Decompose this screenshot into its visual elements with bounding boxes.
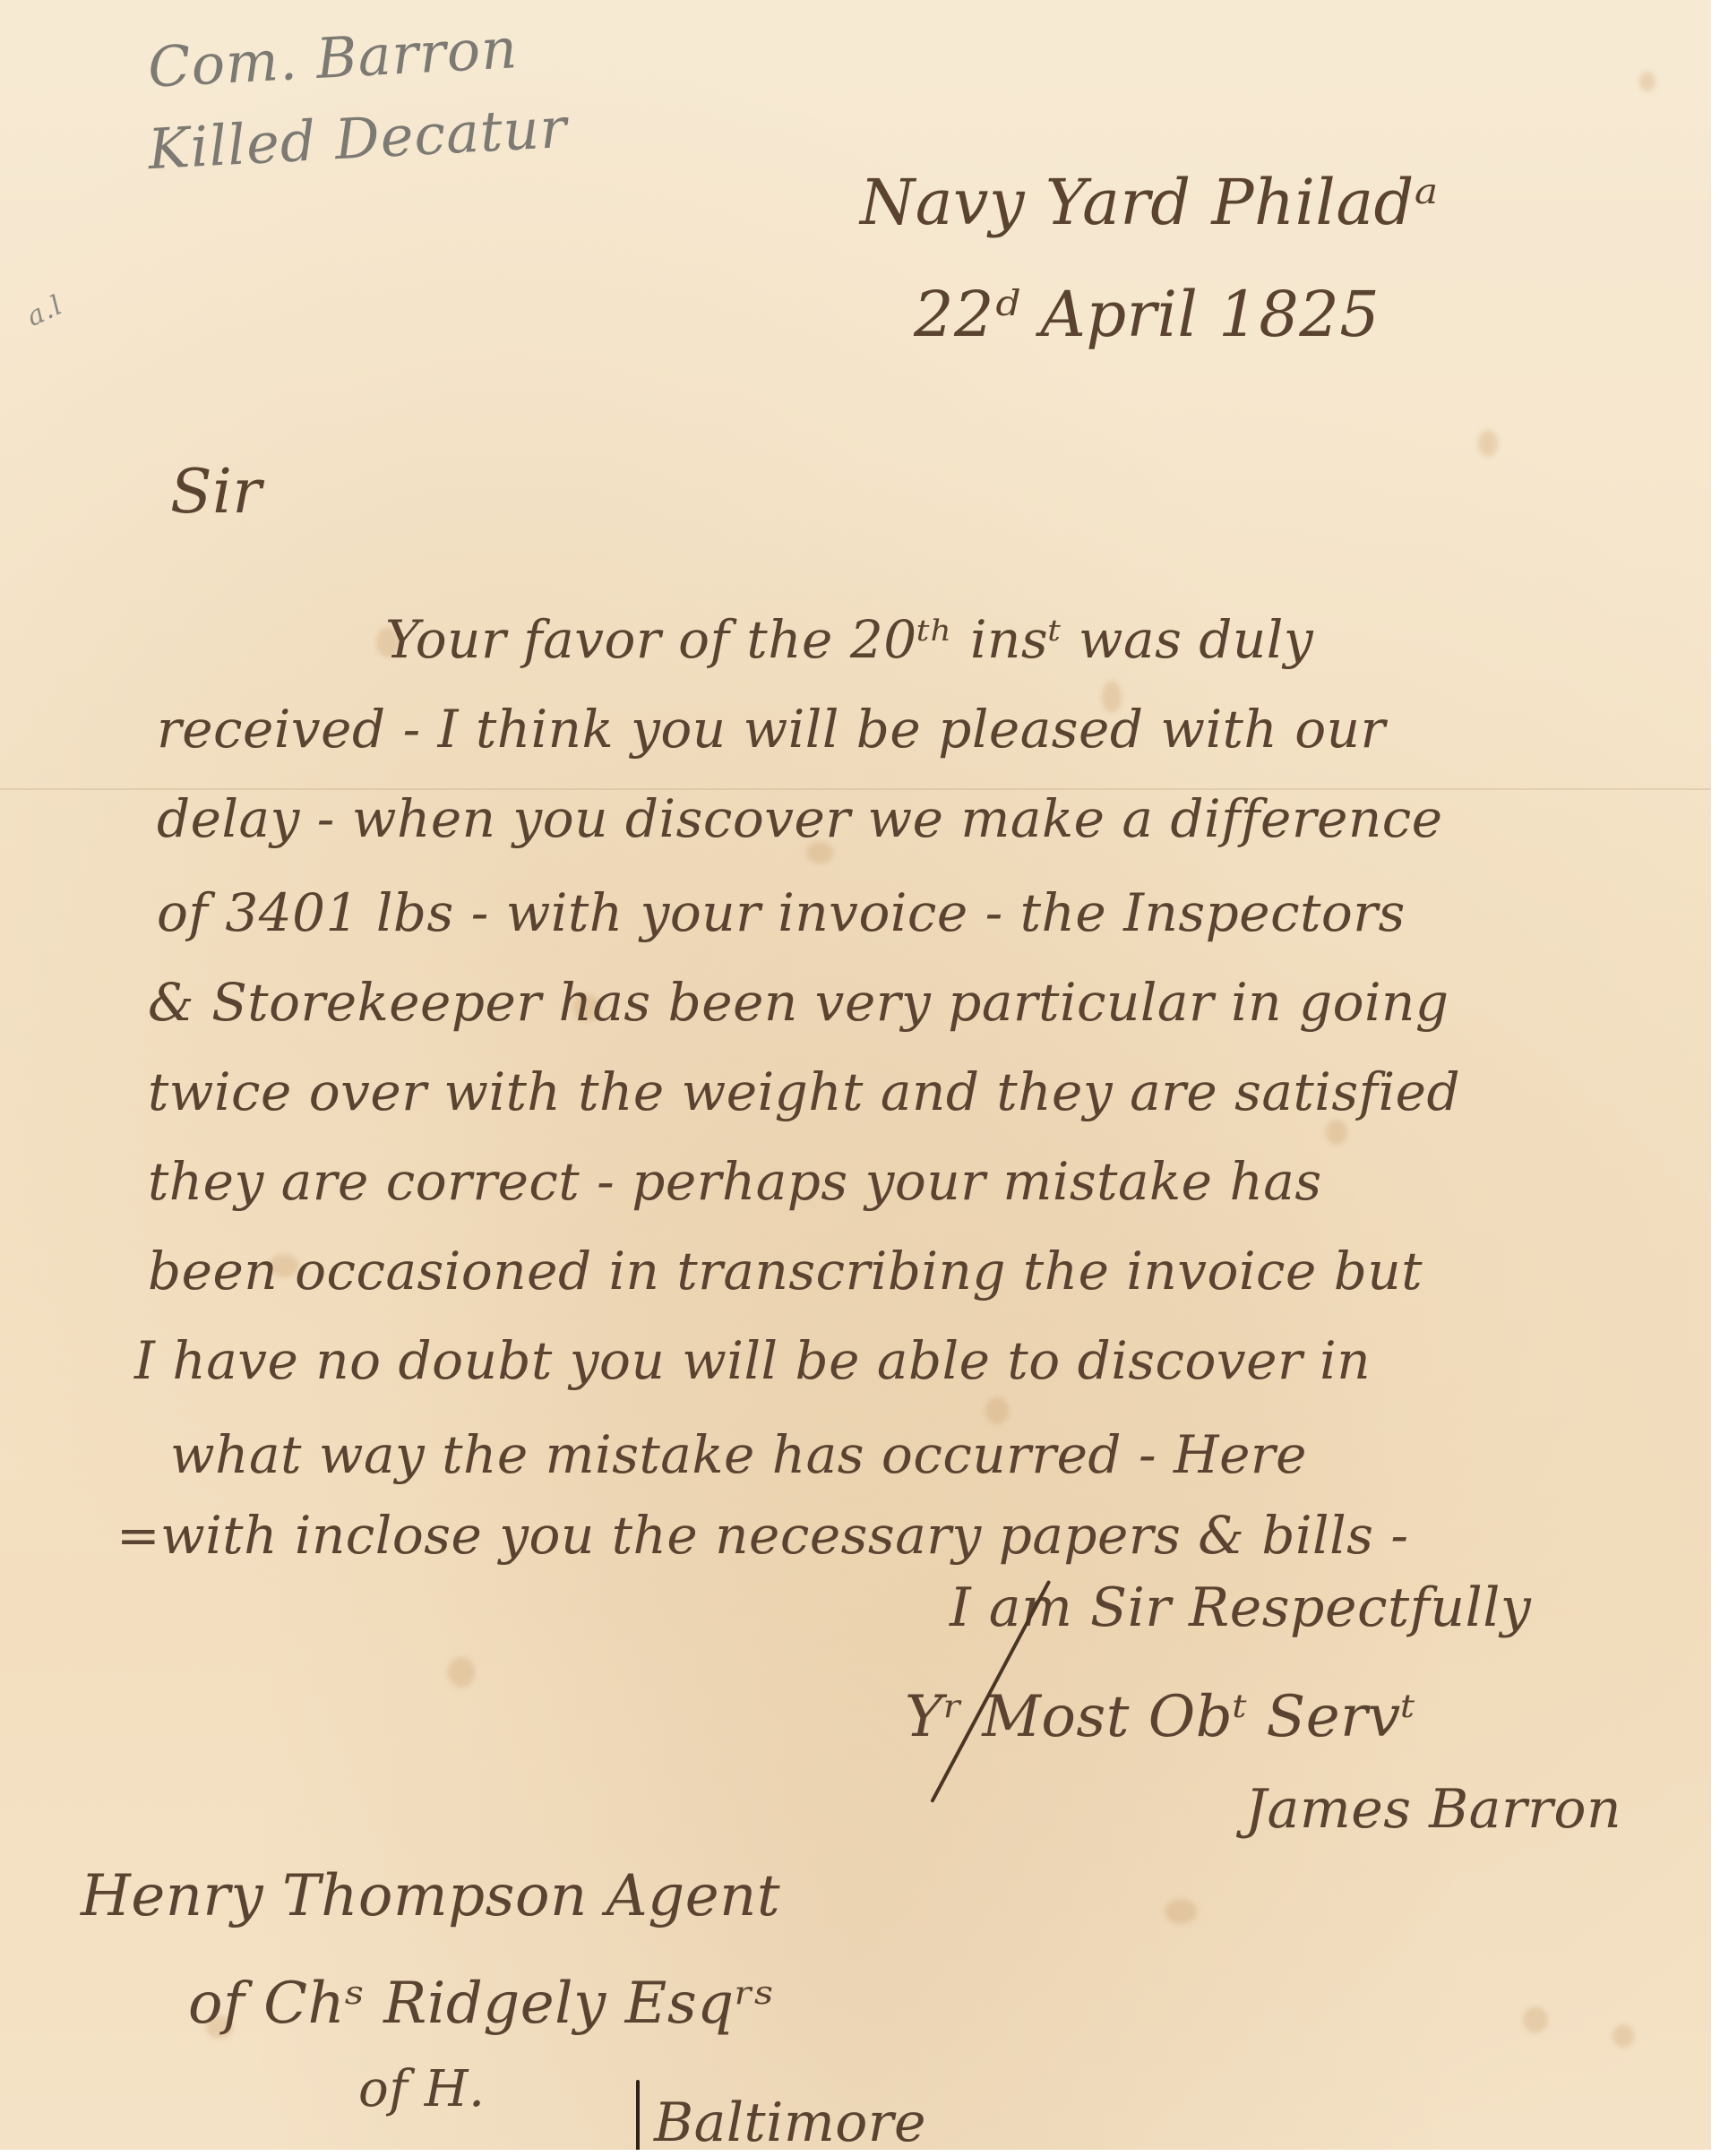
- foxing-spot: [1523, 2006, 1548, 2033]
- pencil-note-line-2: Killed Decatur: [146, 95, 569, 182]
- foxing-spot: [448, 1657, 475, 1688]
- address-line-1: Henry Thompson Agent: [81, 1863, 780, 1929]
- foxing-spot: [1165, 1899, 1197, 1924]
- foxing-spot: [1639, 72, 1655, 91]
- letter-salutation: Sir: [170, 457, 262, 528]
- body-line: I have no doubt you will be able to disc…: [134, 1330, 1371, 1391]
- body-line: Your favor of the 20ᵗʰ insᵗ was duly: [385, 609, 1313, 670]
- pencil-note-line-1: Com. Barron: [146, 15, 519, 100]
- closing-line-2: Yʳ Most Obᵗ Servᵗ: [905, 1684, 1415, 1750]
- body-line: been occasioned in transcribing the invo…: [148, 1241, 1423, 1301]
- signature: James Barron: [1245, 1778, 1621, 1841]
- letter-date: 22ᵈ April 1825: [914, 278, 1380, 351]
- address-tick-stroke: [636, 2080, 640, 2156]
- scan-margin-right: [1711, 0, 1720, 2156]
- address-line-4: Baltimore: [654, 2092, 926, 2154]
- pencil-margin-mark: a.l: [21, 289, 67, 333]
- foxing-spot: [1478, 430, 1498, 457]
- body-line: =with inclose you the necessary papers &…: [116, 1505, 1408, 1566]
- body-line: what way the mistake has occurred - Here: [170, 1424, 1307, 1485]
- foxing-spot: [985, 1397, 1009, 1424]
- body-line: twice over with the weight and they are …: [148, 1061, 1460, 1122]
- body-line: delay - when you discover we make a diff…: [157, 788, 1443, 849]
- body-line: & Storekeeper has been very particular i…: [148, 972, 1449, 1033]
- body-line: of 3401 lbs - with your invoice - the In…: [157, 882, 1406, 943]
- body-line: received - I think you will be pleased w…: [157, 699, 1386, 760]
- letter-place: Navy Yard Philadᵃ: [860, 166, 1439, 239]
- address-line-3: of H.: [358, 2060, 485, 2118]
- letter-paper: Com. Barron Killed Decatur a.l Navy Yard…: [0, 0, 1711, 2150]
- scan-margin-bottom: [0, 2150, 1720, 2156]
- foxing-spot: [1612, 2024, 1634, 2048]
- foxing-spot: [1326, 1120, 1347, 1145]
- address-line-2: of Chˢ Ridgely Esqʳˢ: [188, 1971, 774, 2037]
- body-line: they are correct - perhaps your mistake …: [148, 1151, 1322, 1212]
